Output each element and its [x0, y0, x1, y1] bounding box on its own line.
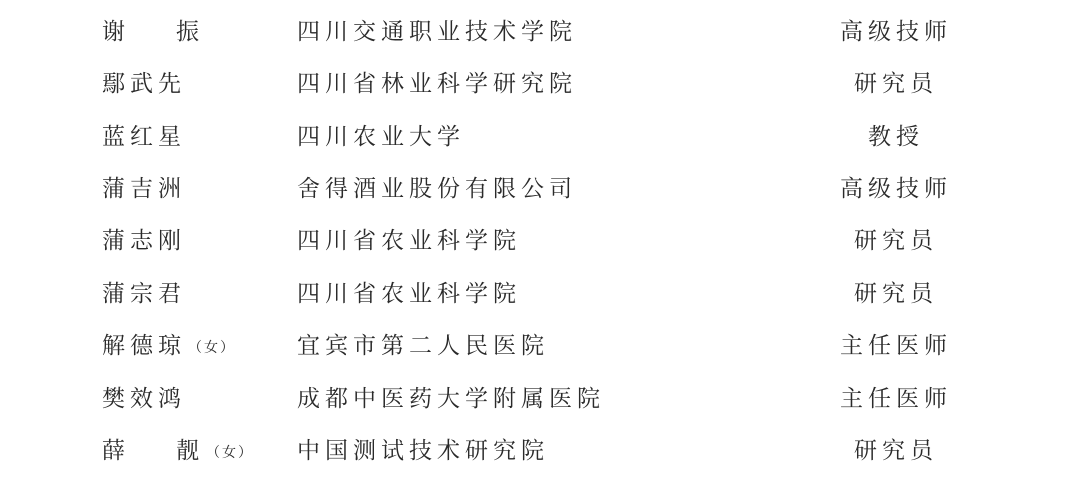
professional-title: 高级技师 [790, 163, 1002, 215]
person-name: 谢振 [102, 6, 206, 58]
gender-note: （女） [188, 340, 236, 356]
person-name: 蒲宗君 [102, 268, 188, 320]
name-part: 樊效鸿 [102, 386, 186, 412]
professional-title: 主任医师 [790, 320, 1002, 372]
list-item: 蓝红星 四川农业大学 教授 [0, 111, 1080, 163]
professional-title: 研究员 [790, 58, 1002, 110]
name-part: 蓝红星 [102, 124, 186, 150]
document-page: 谢振 四川交通职业技术学院 高级技师 鄢武先 四川省林业科学研究院 研究员 蓝红… [0, 0, 1080, 490]
name-part: 蒲志刚 [102, 228, 186, 254]
gender-note: （女） [206, 445, 254, 461]
name-part: 解德琼 [102, 333, 186, 359]
list-item: 蒲志刚 四川省农业科学院 研究员 [0, 215, 1080, 267]
name-part: 鄢武先 [102, 71, 186, 97]
name-part: 靓 [176, 438, 204, 464]
list-item: 鄢武先 四川省林业科学研究院 研究员 [0, 58, 1080, 110]
person-name: 樊效鸿 [102, 373, 188, 425]
organization: 宜宾市第二人民医院 [297, 320, 549, 372]
organization: 四川农业大学 [297, 111, 465, 163]
professional-title: 研究员 [790, 425, 1002, 477]
professional-title: 高级技师 [790, 6, 1002, 58]
organization: 四川省农业科学院 [297, 268, 521, 320]
professional-title: 研究员 [790, 215, 1002, 267]
list-item: 薛靓（女） 中国测试技术研究院 研究员 [0, 425, 1080, 477]
person-name: 蓝红星 [102, 111, 188, 163]
person-name: 蒲志刚 [102, 215, 188, 267]
organization: 四川省农业科学院 [297, 215, 521, 267]
organization: 舍得酒业股份有限公司 [297, 163, 577, 215]
person-name: 解德琼（女） [102, 320, 236, 372]
person-name: 蒲吉洲 [102, 163, 188, 215]
name-part: 振 [176, 19, 204, 45]
professional-title: 教授 [790, 111, 1002, 163]
organization: 四川省林业科学研究院 [297, 58, 577, 110]
list-item: 谢振 四川交通职业技术学院 高级技师 [0, 6, 1080, 58]
name-part: 薛 [102, 438, 130, 464]
organization: 中国测试技术研究院 [297, 425, 549, 477]
name-part: 谢 [102, 19, 130, 45]
name-part: 蒲宗君 [102, 281, 186, 307]
list-item: 解德琼（女） 宜宾市第二人民医院 主任医师 [0, 320, 1080, 372]
organization: 成都中医药大学附属医院 [297, 373, 605, 425]
organization: 四川交通职业技术学院 [297, 6, 577, 58]
list-item: 蒲宗君 四川省农业科学院 研究员 [0, 268, 1080, 320]
person-name: 鄢武先 [102, 58, 188, 110]
professional-title: 研究员 [790, 268, 1002, 320]
professional-title: 主任医师 [790, 373, 1002, 425]
list-item: 樊效鸿 成都中医药大学附属医院 主任医师 [0, 373, 1080, 425]
name-part: 蒲吉洲 [102, 176, 186, 202]
person-name: 薛靓（女） [102, 425, 254, 477]
list-item: 蒲吉洲 舍得酒业股份有限公司 高级技师 [0, 163, 1080, 215]
